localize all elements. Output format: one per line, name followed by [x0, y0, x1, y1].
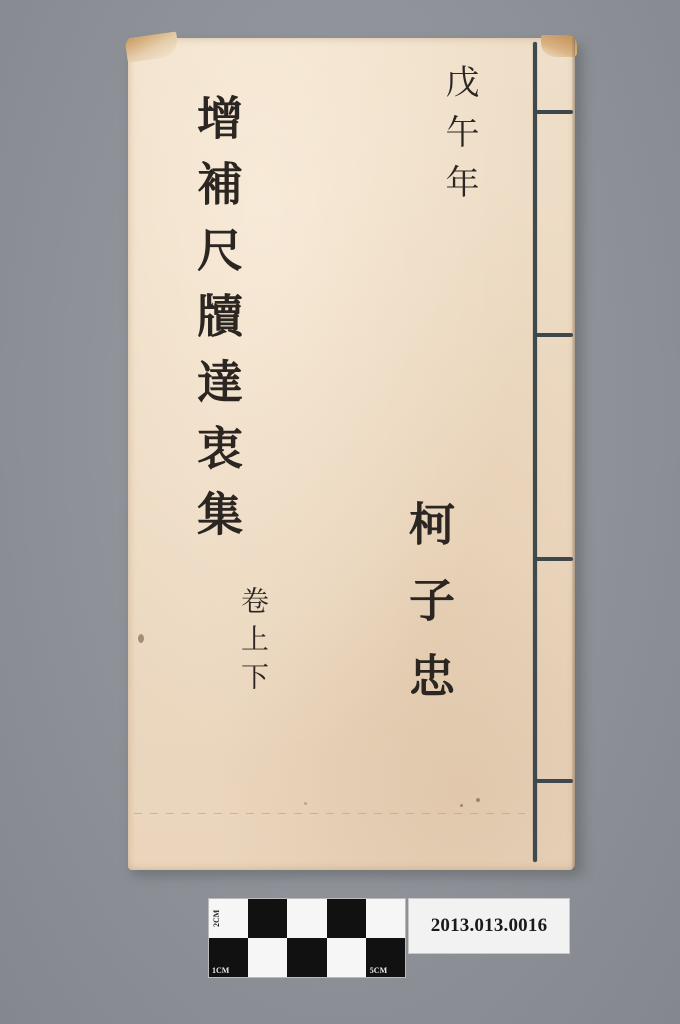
scale-cell: [366, 899, 405, 938]
scale-cell: [287, 938, 326, 977]
scale-label-1cm: 1CM: [212, 966, 229, 975]
scale-cell: [287, 899, 326, 938]
year-inscription: 戊午年: [442, 64, 476, 214]
binding-stitch: [533, 779, 573, 783]
scale-label-5cm: 5CM: [370, 966, 387, 975]
stain-spot: [138, 634, 144, 643]
volume-note: 卷上下: [239, 586, 267, 700]
stain-spot: [476, 798, 480, 802]
scale-cell: [248, 938, 287, 977]
scale-cell: 2CM: [209, 899, 248, 938]
stain-spot: [304, 802, 307, 805]
scale-cell: 1CM: [209, 938, 248, 977]
book-title: 增補尺牘達衷集: [194, 94, 240, 556]
binding-stitch: [533, 110, 573, 114]
worn-corner-top-left: [125, 31, 180, 62]
book-right-edge: [572, 38, 575, 870]
scale-cell: 5CM: [366, 938, 405, 977]
binding-stitch: [533, 557, 573, 561]
scale-label-2cm: 2CM: [212, 910, 221, 927]
binding-stitch: [533, 333, 573, 337]
scale-cell: [327, 938, 366, 977]
scale-cell: [327, 899, 366, 938]
crease-line: [134, 813, 525, 814]
accession-number-label: 2013.013.0016: [408, 898, 570, 954]
author-name: 柯子忠: [406, 500, 452, 728]
color-scale-bar: 2CM 1CM 5CM: [208, 898, 406, 978]
stain-spot: [460, 804, 463, 807]
book-cover: 增補尺牘達衷集 卷上下 戊午年 柯子忠: [128, 38, 575, 870]
binding-spine-line: [533, 42, 537, 862]
scale-cell: [248, 899, 287, 938]
